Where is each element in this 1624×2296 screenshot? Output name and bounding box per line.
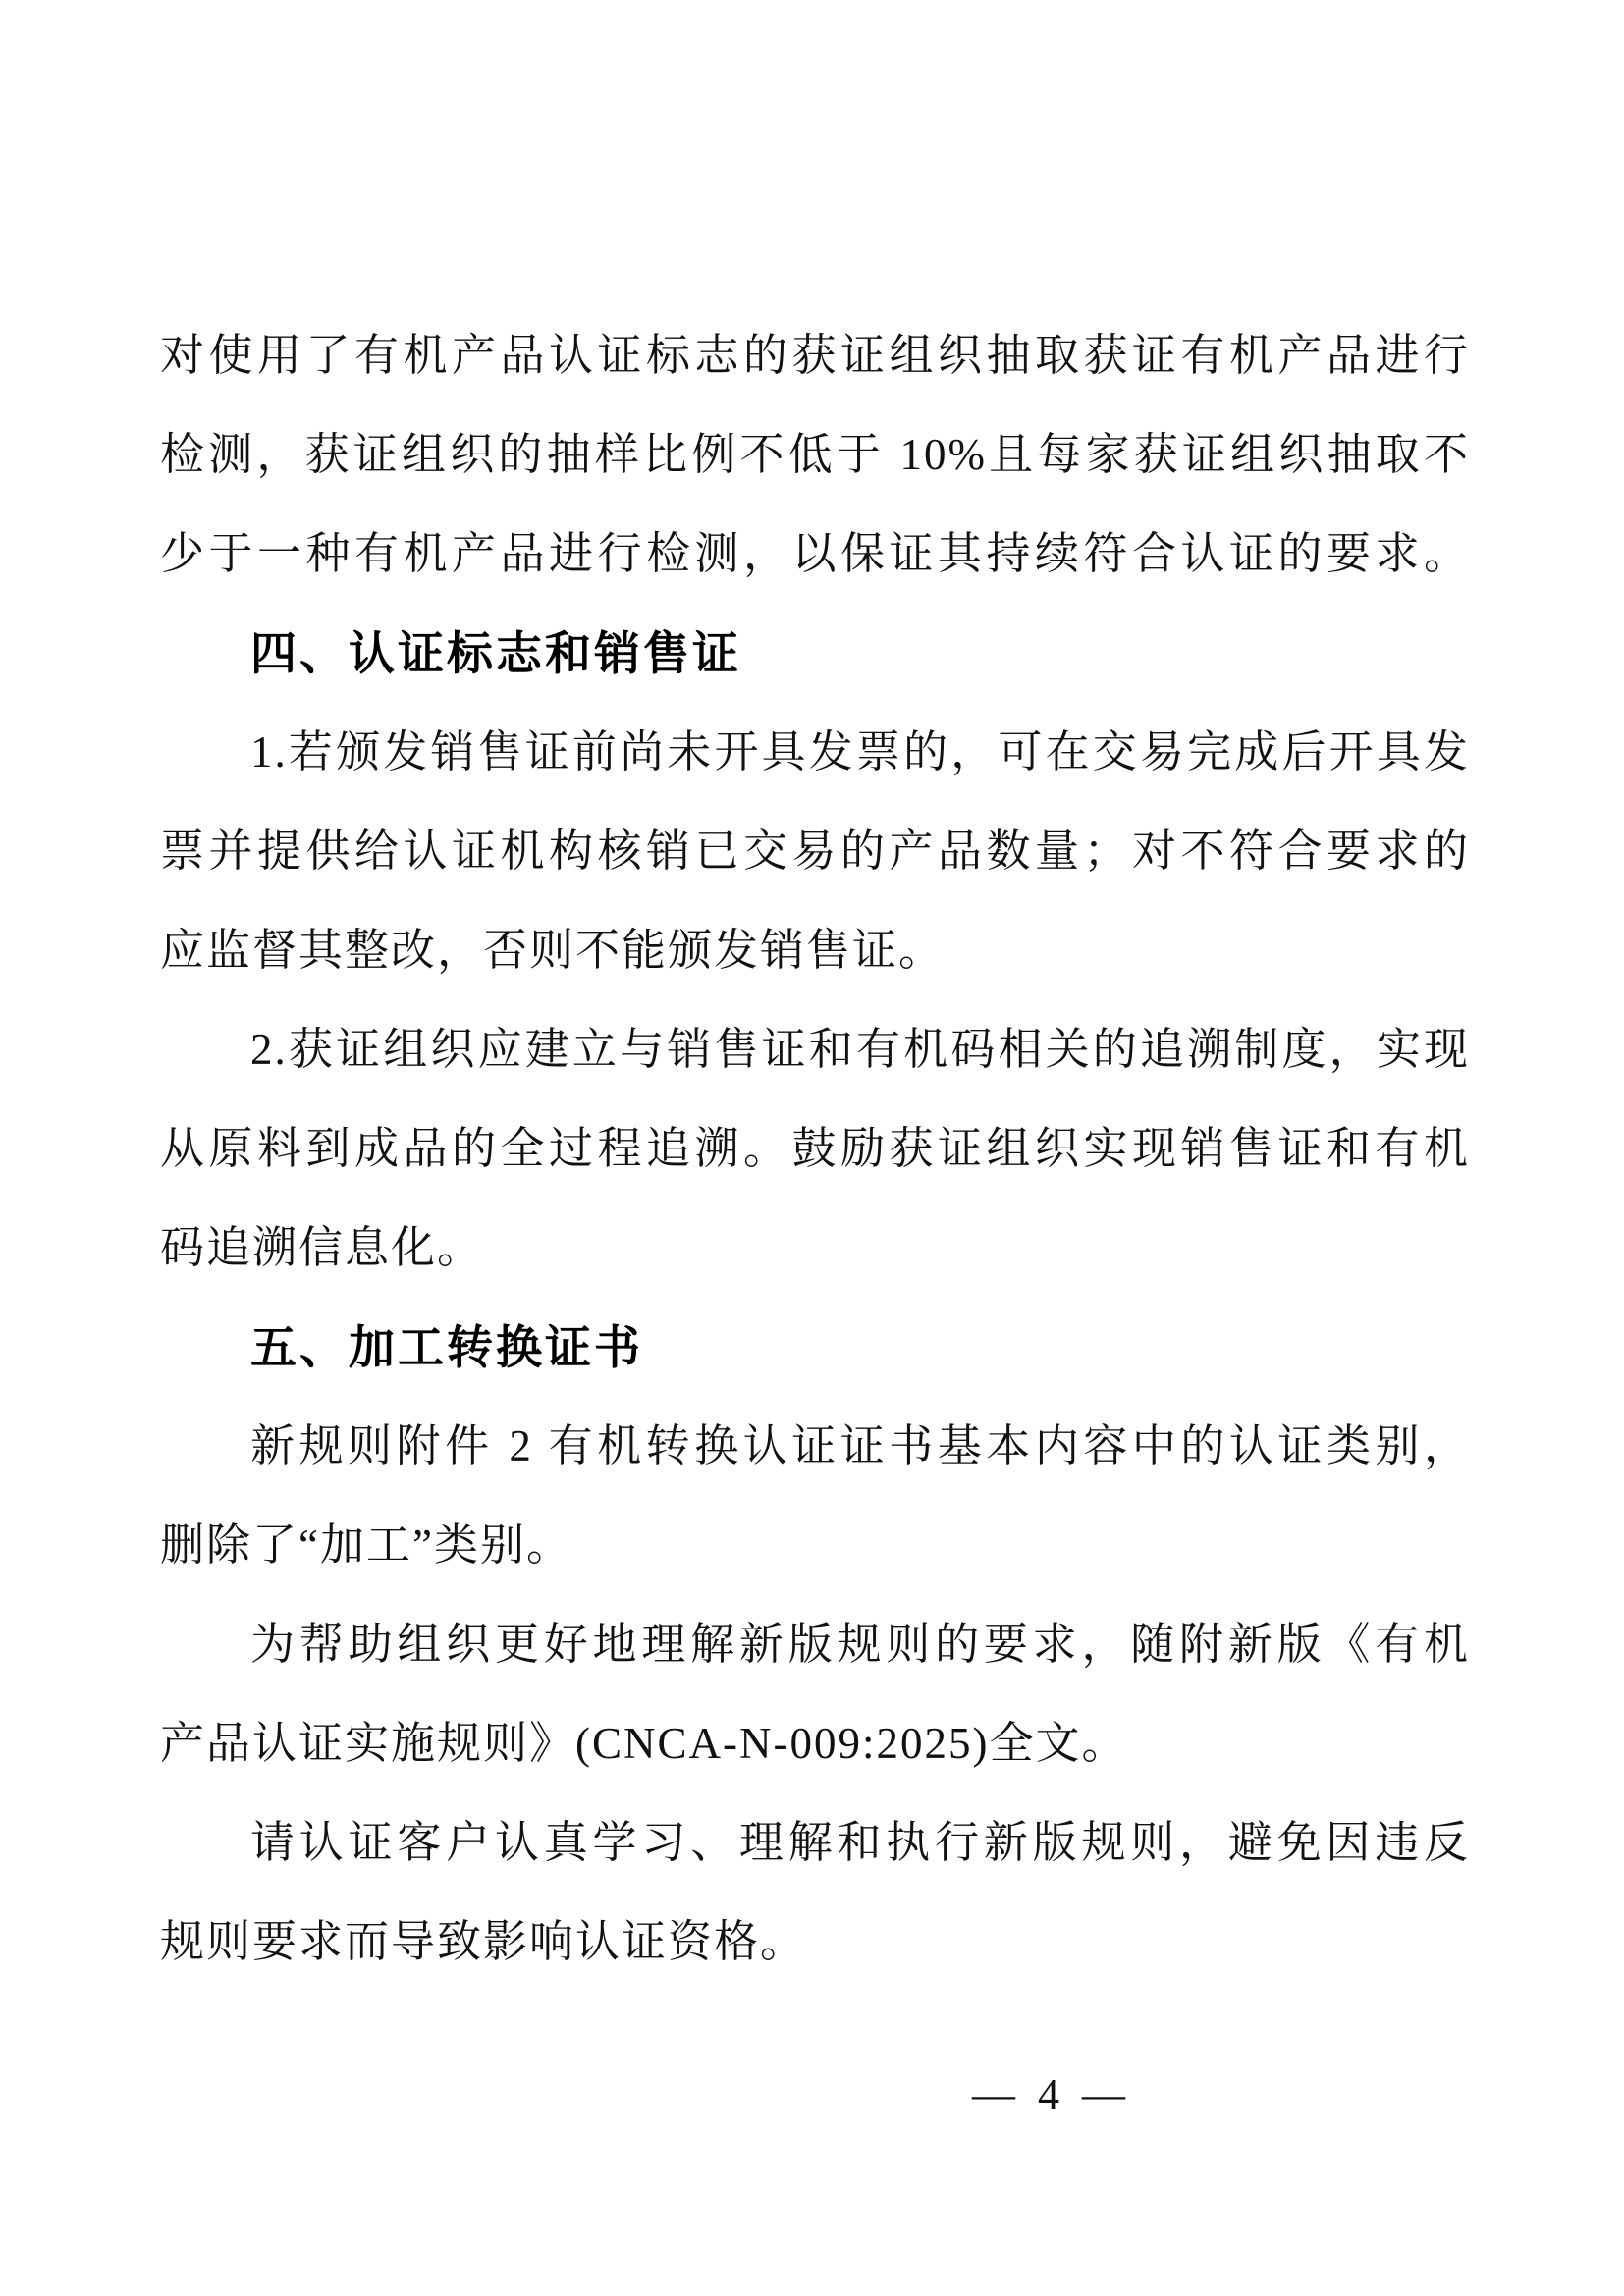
section-heading-4: 四、认证标志和销售证	[160, 604, 1470, 703]
body-line: 为帮助组织更好地理解新版规则的要求，随附新版《有机	[160, 1595, 1470, 1694]
document-content: 对使用了有机产品认证标志的获证组织抽取获证有机产品进行 检测，获证组织的抽样比例…	[160, 306, 1470, 1992]
body-line: 从原料到成品的全过程追溯。鼓励获证组织实现销售证和有机	[160, 1099, 1470, 1199]
body-line: 应监督其整改，否则不能颁发销售证。	[160, 901, 1470, 1000]
page-number: — 4 —	[972, 2069, 1131, 2119]
body-line: 1.若颁发销售证前尚未开具发票的，可在交易完成后开具发	[160, 703, 1470, 802]
body-line: 对使用了有机产品认证标志的获证组织抽取获证有机产品进行	[160, 306, 1470, 405]
body-line: 码追溯信息化。	[160, 1199, 1470, 1298]
body-line: 删除了“加工”类别。	[160, 1496, 1470, 1595]
body-line: 请认证客户认真学习、理解和执行新版规则，避免因违反	[160, 1793, 1470, 1893]
body-line: 新规则附件 2 有机转换认证证书基本内容中的认证类别，	[160, 1397, 1470, 1496]
body-line: 票并提供给认证机构核销已交易的产品数量；对不符合要求的	[160, 802, 1470, 901]
body-line: 检测，获证组织的抽样比例不低于 10%且每家获证组织抽取不	[160, 405, 1470, 505]
body-line: 规则要求而导致影响认证资格。	[160, 1893, 1470, 1992]
body-line: 产品认证实施规则》(CNCA-N-009:2025)全文。	[160, 1694, 1470, 1793]
document-page: 对使用了有机产品认证标志的获证组织抽取获证有机产品进行 检测，获证组织的抽样比例…	[0, 0, 1624, 2296]
body-line: 2.获证组织应建立与销售证和有机码相关的追溯制度，实现	[160, 1000, 1470, 1099]
body-line: 少于一种有机产品进行检测，以保证其持续符合认证的要求。	[160, 505, 1470, 604]
section-heading-5: 五、加工转换证书	[160, 1298, 1470, 1397]
